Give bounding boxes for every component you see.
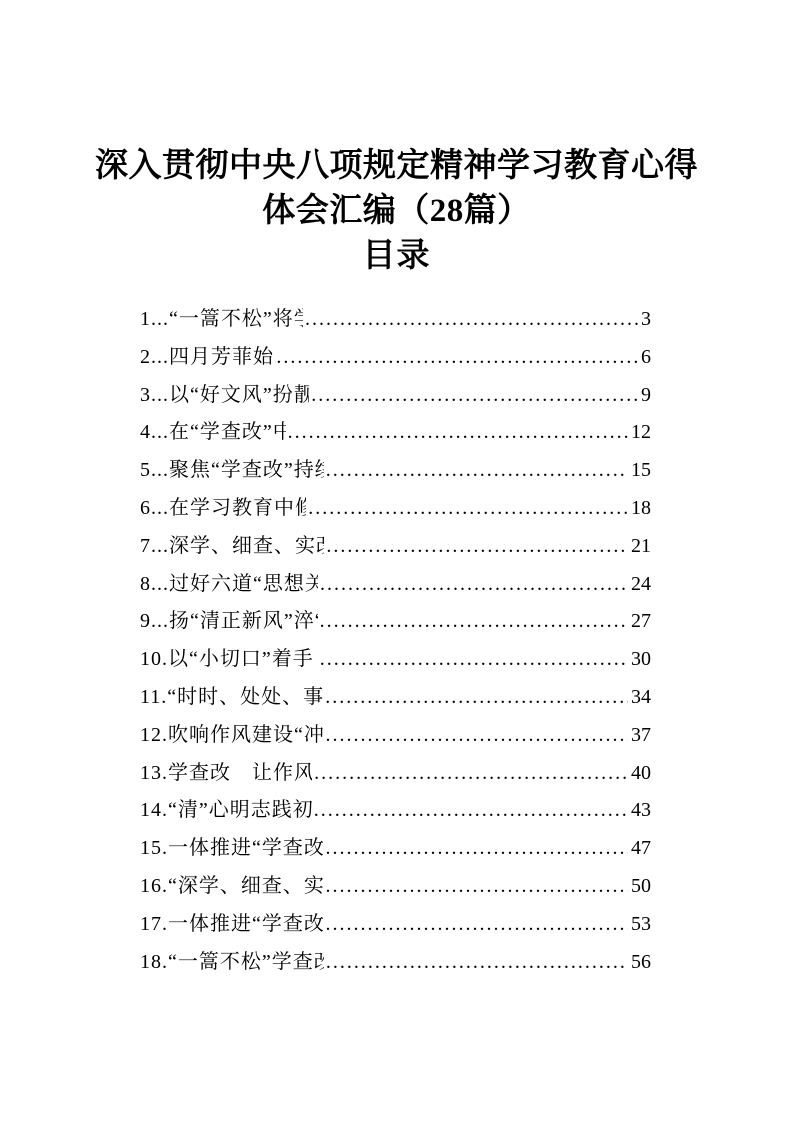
toc-entry-label: 10.以“小切口”着手 写好作风建设“大文章” (140, 641, 318, 679)
toc-leader-dots: ........................................… (320, 641, 628, 679)
toc-entry-label: 11.“时时、处处、事事”推动学习教育往“里”走 (140, 679, 323, 717)
toc-page-number: 43 (631, 792, 651, 830)
toc-leader-dots: ........................................… (326, 944, 628, 982)
toc-leader-dots: ........................................… (325, 906, 628, 944)
toc-entry-label: 14.“清”心明志践初心 “明”纪笃行扬清风 (140, 792, 312, 830)
toc-page-number: 3 (641, 301, 651, 339)
toc-entry[interactable]: 13.学查改 让作风建设的“号角”永远嘹亮 ..................… (140, 755, 651, 793)
document-title: 深入贯彻中央八项规定精神学习教育心得 体会汇编（28篇） (0, 144, 793, 234)
toc-entry-label: 8...过好六道“思想关”让学习教育“更进一步” (140, 566, 318, 604)
toc-entry[interactable]: 14.“清”心明志践初心 “明”纪笃行扬清风 .................… (140, 792, 651, 830)
toc-page-number: 47 (631, 830, 651, 868)
toc-entry-label: 2...四月芳菲始 学习正当时 (140, 339, 274, 377)
toc-page-number: 50 (631, 868, 651, 906)
toc-entry[interactable]: 11.“时时、处处、事事”推动学习教育往“里”走 ...............… (140, 679, 651, 717)
toc-entry[interactable]: 5...聚焦“学查改”持续擦亮八项规定“金色名片” ..............… (140, 452, 651, 490)
toc-page-number: 56 (631, 944, 651, 982)
toc-leader-dots: ........................................… (276, 339, 638, 377)
toc-leader-dots: ........................................… (325, 868, 628, 906)
toc-entry[interactable]: 18.“一篙不松”学查改 推动作风建设常态长效 ................… (140, 944, 651, 982)
toc-entry-label: 4...在“学查改”中“正心正身正行” (140, 414, 286, 452)
toc-entry[interactable]: 6...在学习教育中修好共产党人的“心学” ..................… (140, 490, 651, 528)
toc-entry[interactable]: 15.一体推进“学查改” 提升学习教育“含金量” ...............… (140, 830, 651, 868)
toc-page-number: 37 (631, 717, 651, 755)
toc-entry-label: 1...“一篙不松”将学习教育向深处推进 (140, 301, 303, 339)
toc-page-number: 6 (641, 339, 651, 377)
toc-list: 1...“一篙不松”将学习教育向深处推进 ...................… (140, 301, 651, 981)
toc-leader-dots: ........................................… (308, 490, 628, 528)
title-line-2: 体会汇编（28篇） (0, 189, 793, 234)
toc-page-number: 9 (641, 377, 651, 415)
toc-entry-label: 5...聚焦“学查改”持续擦亮八项规定“金色名片” (140, 452, 324, 490)
toc-page-number: 21 (631, 528, 651, 566)
toc-leader-dots: ........................................… (325, 830, 628, 868)
toc-entry[interactable]: 12.吹响作风建设“冲锋号” 争当时代“奋进者” ...............… (140, 717, 651, 755)
toc-leader-dots: ........................................… (314, 792, 628, 830)
toc-entry-label: 12.吹响作风建设“冲锋号” 争当时代“奋进者” (140, 717, 323, 755)
toc-leader-dots: ........................................… (288, 414, 628, 452)
toc-entry-label: 9...扬“清正新风”淬“青春底色”绘“党员模样” (140, 603, 318, 641)
toc-leader-dots: ........................................… (320, 566, 628, 604)
toc-entry-label: 15.一体推进“学查改” 提升学习教育“含金量” (140, 830, 323, 868)
toc-heading: 目录 (0, 234, 793, 279)
toc-entry-label: 18.“一篙不松”学查改 推动作风建设常态长效 (140, 944, 324, 982)
toc-page-number: 30 (631, 641, 651, 679)
toc-entry[interactable]: 2...四月芳菲始 学习正当时 ........................… (140, 339, 651, 377)
document-page: 深入贯彻中央八项规定精神学习教育心得 体会汇编（28篇） 目录 1...“一篙不… (0, 0, 793, 1122)
toc-leader-dots: ........................................… (326, 452, 628, 490)
toc-entry-label: 13.学查改 让作风建设的“号角”永远嘹亮 (140, 755, 312, 793)
toc-leader-dots: ........................................… (325, 717, 628, 755)
toc-entry[interactable]: 10.以“小切口”着手 写好作风建设“大文章” ................… (140, 641, 651, 679)
toc-entry-label: 3...以“好文风”扮靓作风建设“金色名片” (140, 377, 309, 415)
toc-entry[interactable]: 1...“一篙不松”将学习教育向深处推进 ...................… (140, 301, 651, 339)
toc-leader-dots: ........................................… (325, 679, 628, 717)
toc-entry-label: 7...深学、细查、实改 推动作风建设见实见效 (140, 528, 324, 566)
toc-entry[interactable]: 8...过好六道“思想关”让学习教育“更进一步” ...............… (140, 566, 651, 604)
toc-page-number: 34 (631, 679, 651, 717)
toc-leader-dots: ........................................… (326, 528, 628, 566)
toc-page-number: 40 (631, 755, 651, 793)
toc-entry-label: 16.“深学、细查、实改”书写学习教育“更”字篇 (140, 868, 323, 906)
toc-page-number: 24 (631, 566, 651, 604)
toc-page-number: 18 (631, 490, 651, 528)
toc-page-number: 27 (631, 603, 651, 641)
toc-entry[interactable]: 17.一体推进“学查改”擦亮八项规定“金色名片” ...............… (140, 906, 651, 944)
toc-page-number: 53 (631, 906, 651, 944)
toc-leader-dots: ........................................… (320, 603, 628, 641)
toc-entry[interactable]: 9...扬“清正新风”淬“青春底色”绘“党员模样” ..............… (140, 603, 651, 641)
toc-page-number: 15 (631, 452, 651, 490)
toc-entry[interactable]: 16.“深学、细查、实改”书写学习教育“更”字篇 ...............… (140, 868, 651, 906)
toc-entry-label: 17.一体推进“学查改”擦亮八项规定“金色名片” (140, 906, 323, 944)
toc-entry-label: 6...在学习教育中修好共产党人的“心学” (140, 490, 306, 528)
title-line-1: 深入贯彻中央八项规定精神学习教育心得 (0, 144, 793, 189)
toc-leader-dots: ........................................… (305, 301, 638, 339)
toc-entry[interactable]: 7...深学、细查、实改 推动作风建设见实见效 ................… (140, 528, 651, 566)
toc-leader-dots: ........................................… (311, 377, 638, 415)
toc-page-number: 12 (631, 414, 651, 452)
toc-leader-dots: ........................................… (314, 755, 628, 793)
toc-entry[interactable]: 4...在“学查改”中“正心正身正行” ....................… (140, 414, 651, 452)
toc-entry[interactable]: 3...以“好文风”扮靓作风建设“金色名片” .................… (140, 377, 651, 415)
